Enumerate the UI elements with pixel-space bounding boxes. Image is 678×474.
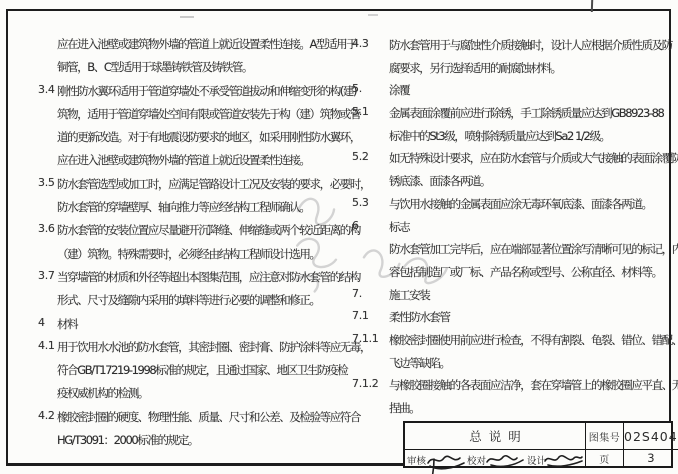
text-content: 符合GB/T17219-1998标准的规定，且通过国家、地区卫生防疫检 xyxy=(57,363,347,377)
section-number: 5.1 xyxy=(352,101,369,124)
text-line: HG/T3091：2000标准的规定。 xyxy=(38,427,354,450)
text-line: 应在进入池壁或建筑物外墙的管道上就近设置柔性连接。 xyxy=(38,147,354,170)
text-line: 标准中的St3级，喷射除锈质量应达到Sa2 1/2级。 xyxy=(352,124,674,147)
reviewer-label: 审核 xyxy=(407,453,426,467)
right-column: 4.3防水套管用于与腐蚀性介质接触时，设计人应根据介质性质及防腐要求，另行选择适… xyxy=(352,33,674,419)
scanned-standard-page: 应在进入池壁或建筑物外墙的管道上就近设置柔性连接。A型适用于铜管，B、C型适用于… xyxy=(0,0,678,474)
text-content: 应在进入池壁或建筑物外墙的管道上就近设置柔性连接。 xyxy=(57,153,310,167)
scan-speck xyxy=(368,14,378,16)
text-content: 标准中的St3级，喷射除锈质量应达到Sa2 1/2级。 xyxy=(389,129,610,143)
text-content: 材料 xyxy=(57,317,77,331)
sheet-title-cell: 总说明 xyxy=(405,423,586,450)
page-number: 3 xyxy=(647,451,654,465)
text-line: 道的更新改造。对于有地震设防要求的地区，如采用刚性防水翼环， xyxy=(38,124,354,147)
section-line: 5.2如无特殊设计要求，应在防水套管与介质或大气接触的表面涂覆防 xyxy=(352,146,674,169)
text-content: 腐要求，另行选择适用的耐腐蚀材料。 xyxy=(389,61,561,75)
text-content: 刚性防水翼环适用于管道穿墙处不承受管道拔动和伸缩变形的构(建) xyxy=(57,84,356,98)
text-content: 防水套管加工完毕后，应在端部显著位置涂写清晰可见的标记，内 xyxy=(389,242,678,256)
section-line: 6标志 xyxy=(352,215,674,238)
section-line: 5.涂覆 xyxy=(352,78,674,101)
text-content: 容包括制造厂或厂标、产品名称或型号、公称直径、材料等。 xyxy=(389,265,662,279)
designer-signature xyxy=(543,452,584,469)
text-content: 防水套管的穿墙壁厚、轴向推力等应经结构工程师确认。 xyxy=(57,200,310,214)
section-line: 4.2橡胶密封圈的硬度、物理性能、质量、尺寸和公差、及检验等应符合 xyxy=(38,404,354,427)
page-number-cell: 3 xyxy=(624,450,678,466)
title-block: 总说明 图集号 02S404 审核 校对 xyxy=(403,421,673,468)
text-content: 锈底漆、面漆各两道。 xyxy=(389,174,490,188)
text-content: 标志 xyxy=(389,220,409,234)
atlas-number-label: 图集号 xyxy=(589,429,621,444)
text-line: 容包括制造厂或厂标、产品名称或型号、公称直径、材料等。 xyxy=(352,260,674,283)
text-line: 锈底漆、面漆各两道。 xyxy=(352,169,674,192)
text-content: 橡胶密封圈使用前应进行检查，不得有割裂、龟裂、错位、错配、 xyxy=(389,333,678,347)
text-content: 应在进入池壁或建筑物外墙的管道上就近设置柔性连接。A型适用于 xyxy=(57,37,356,51)
text-content: 疫权威机构的检测。 xyxy=(57,386,148,400)
section-line: 3.5防水套管选型或加工时，应满足管路设计工况及安装的要求，必要时， xyxy=(38,171,354,194)
text-content: 防水套管的安装位置应尽量避开沉降缝、伸缩缝或两个较近距离的构 xyxy=(57,223,360,237)
text-content: 捏曲。 xyxy=(389,401,419,415)
text-line: 疫权威机构的检测。 xyxy=(38,380,354,403)
text-line: 形式、尺寸及缝隙内采用的填料等进行必要的调整和修正。 xyxy=(38,287,354,310)
text-content: 橡胶密封圈的硬度、物理性能、质量、尺寸和公差、及检验等应符合 xyxy=(57,410,360,424)
text-content: 道的更新改造。对于有地震设防要求的地区，如采用刚性防水翼环， xyxy=(57,130,360,144)
text-content: 用于饮用水水池的防水套管，其密封圈、密封膏、防护涂料等应无毒， xyxy=(57,340,370,354)
text-content: 金属表面涂覆前应进行除锈，手工除锈质量应达到GB8923-88 xyxy=(389,106,663,120)
section-line: 4材料 xyxy=(38,311,354,334)
text-line: 捏曲。 xyxy=(352,396,674,419)
left-column: 应在进入池壁或建筑物外墙的管道上就近设置柔性连接。A型适用于铜管，B、C型适用于… xyxy=(38,31,354,450)
section-number: 3.4 xyxy=(38,78,55,101)
text-content: 如无特殊设计要求，应在防水套管与介质或大气接触的表面涂覆防 xyxy=(389,151,678,165)
text-line: 符合GB/T17219-1998标准的规定，且通过国家、地区卫生防疫检 xyxy=(38,357,354,380)
section-line: 5.1金属表面涂覆前应进行除锈，手工除锈质量应达到GB8923-88 xyxy=(352,101,674,124)
section-number: 4.2 xyxy=(38,404,55,427)
text-content: 柔性防水套管 xyxy=(389,310,450,324)
page-label-cell: 页 xyxy=(586,450,624,466)
section-line: 3.7当穿墙管的材质和外径等超出本图集范围，应注意对防水套管的结构 xyxy=(38,264,354,287)
section-number: 5. xyxy=(352,78,362,101)
text-content: 形式、尺寸及缝隙内采用的填料等进行必要的调整和修正。 xyxy=(57,293,320,307)
text-line: 筑物，适用于管道穿墙处空间有限或管道安装先于构（建）筑物或管 xyxy=(38,101,354,124)
section-number: 3.6 xyxy=(38,217,55,240)
text-content: 施工安装 xyxy=(389,288,429,302)
section-number: 4.3 xyxy=(352,33,369,56)
text-line: （建）筑物。特殊需要时，必须经由结构工程师设计选用。 xyxy=(38,241,354,264)
sheet-title: 总说明 xyxy=(462,427,528,445)
text-content: 与饮用水接触的金属表面应涂无毒环氧底漆、面漆各两道。 xyxy=(389,197,652,211)
text-content: 防水套管用于与腐蚀性介质接触时，设计人应根据介质性质及防 xyxy=(389,38,672,52)
text-content: 与橡胶圈接触的各表面应洁净，套在穿墙管上的橡胶圈应平直、无 xyxy=(389,378,678,392)
section-number: 5.3 xyxy=(352,192,369,215)
text-line: 腐要求，另行选择适用的耐腐蚀材料。 xyxy=(352,56,674,79)
text-line: 应在进入池壁或建筑物外墙的管道上就近设置柔性连接。A型适用于 xyxy=(38,31,354,54)
text-line: 飞边等缺陷。 xyxy=(352,351,674,374)
section-number: 4 xyxy=(38,311,45,334)
text-content: 筑物，适用于管道穿墙处空间有限或管道安装先于构（建）筑物或管 xyxy=(57,107,360,121)
page-label: 页 xyxy=(599,451,610,466)
text-content: 飞边等缺陷。 xyxy=(389,356,450,370)
section-line: 4.1用于饮用水水池的防水套管，其密封圈、密封膏、防护涂料等应无毒， xyxy=(38,334,354,357)
section-number: 4.1 xyxy=(38,334,55,357)
text-content: （建）筑物。特殊需要时，必须经由结构工程师设计选用。 xyxy=(57,247,320,261)
section-line: 5.3与饮用水接触的金属表面应涂无毒环氧底漆、面漆各两道。 xyxy=(352,192,674,215)
section-number: 3.5 xyxy=(38,171,55,194)
reviewer-signature xyxy=(425,451,467,474)
text-content: 当穿墙管的材质和外径等超出本图集范围，应注意对防水套管的结构 xyxy=(57,270,360,284)
section-number: 5.2 xyxy=(352,146,369,169)
section-number: 6 xyxy=(352,215,359,238)
section-number: 3.7 xyxy=(38,264,55,287)
scan-speck xyxy=(180,16,194,18)
atlas-number-cell: 02S404 xyxy=(624,423,678,450)
section-line: 4.3防水套管用于与腐蚀性介质接触时，设计人应根据介质性质及防 xyxy=(352,33,674,56)
checker-label: 校对 xyxy=(467,453,486,467)
atlas-number-label-cell: 图集号 xyxy=(586,423,624,450)
section-number: 7. xyxy=(352,283,362,306)
section-line: 7.1.1橡胶密封圈使用前应进行检查，不得有割裂、龟裂、错位、错配、 xyxy=(352,328,674,351)
atlas-number: 02S404 xyxy=(624,429,678,444)
text-line: 防水套管加工完毕后，应在端部显著位置涂写清晰可见的标记，内 xyxy=(352,237,674,260)
text-content: HG/T3091：2000标准的规定。 xyxy=(57,433,198,447)
text-content: 铜管，B、C型适用于球墨铸铁管及铸铁管。 xyxy=(57,60,252,74)
text-line: 铜管，B、C型适用于球墨铸铁管及铸铁管。 xyxy=(38,54,354,77)
section-line: 7.1.2与橡胶圈接触的各表面应洁净，套在穿墙管上的橡胶圈应平直、无 xyxy=(352,373,674,396)
text-content: 涂覆 xyxy=(389,83,409,97)
section-number: 7.1.1 xyxy=(352,328,379,351)
text-line: 防水套管的穿墙壁厚、轴向推力等应经结构工程师确认。 xyxy=(38,194,354,217)
section-number: 7.1.2 xyxy=(352,373,379,396)
section-line: 7.1柔性防水套管 xyxy=(352,305,674,328)
text-content: 防水套管选型或加工时，应满足管路设计工况及安装的要求，必要时， xyxy=(57,177,370,191)
scan-crease-artifact xyxy=(591,0,593,12)
section-line: 3.6防水套管的安装位置应尽量避开沉降缝、伸缩缝或两个较近距离的构 xyxy=(38,217,354,240)
checker-signature xyxy=(485,452,525,469)
section-number: 7.1 xyxy=(352,305,369,328)
section-line: 7.施工安装 xyxy=(352,283,674,306)
signature-row: 审核 校对 设计 xyxy=(405,450,586,466)
section-line: 3.4刚性防水翼环适用于管道穿墙处不承受管道拔动和伸缩变形的构(建) xyxy=(38,78,354,101)
